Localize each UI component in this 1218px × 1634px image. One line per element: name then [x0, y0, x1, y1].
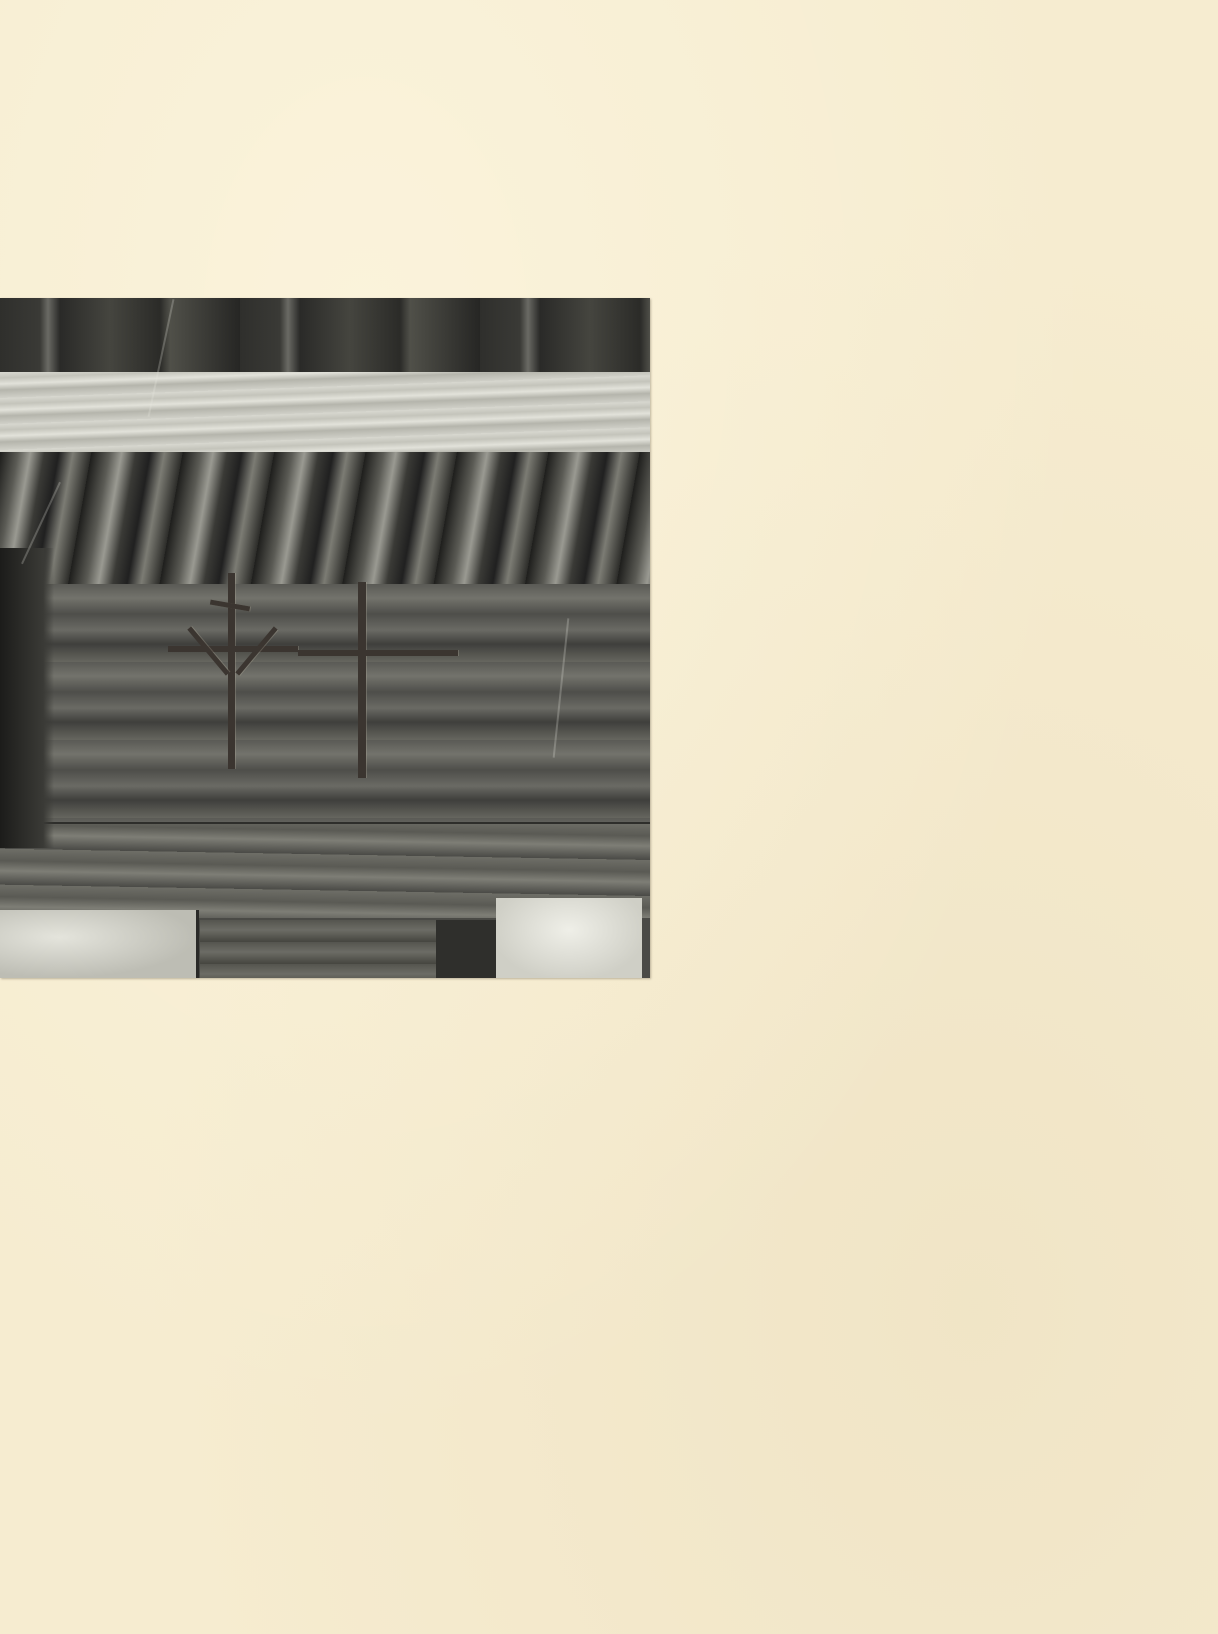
ornate-iron-cross-icon: [168, 573, 298, 773]
stone-block-right: [496, 898, 642, 978]
bottom-plank: [200, 920, 436, 978]
stone-block-left: [0, 910, 199, 978]
left-shadow-post: [0, 548, 54, 848]
plain-iron-cross-icon: [298, 582, 458, 782]
bottom-post: [436, 920, 496, 978]
upper-planks: [0, 298, 650, 378]
shingle-row: [0, 452, 650, 584]
album-page: [0, 0, 1218, 1634]
mounted-photograph: [0, 298, 650, 978]
horizontal-beam: [0, 372, 650, 455]
